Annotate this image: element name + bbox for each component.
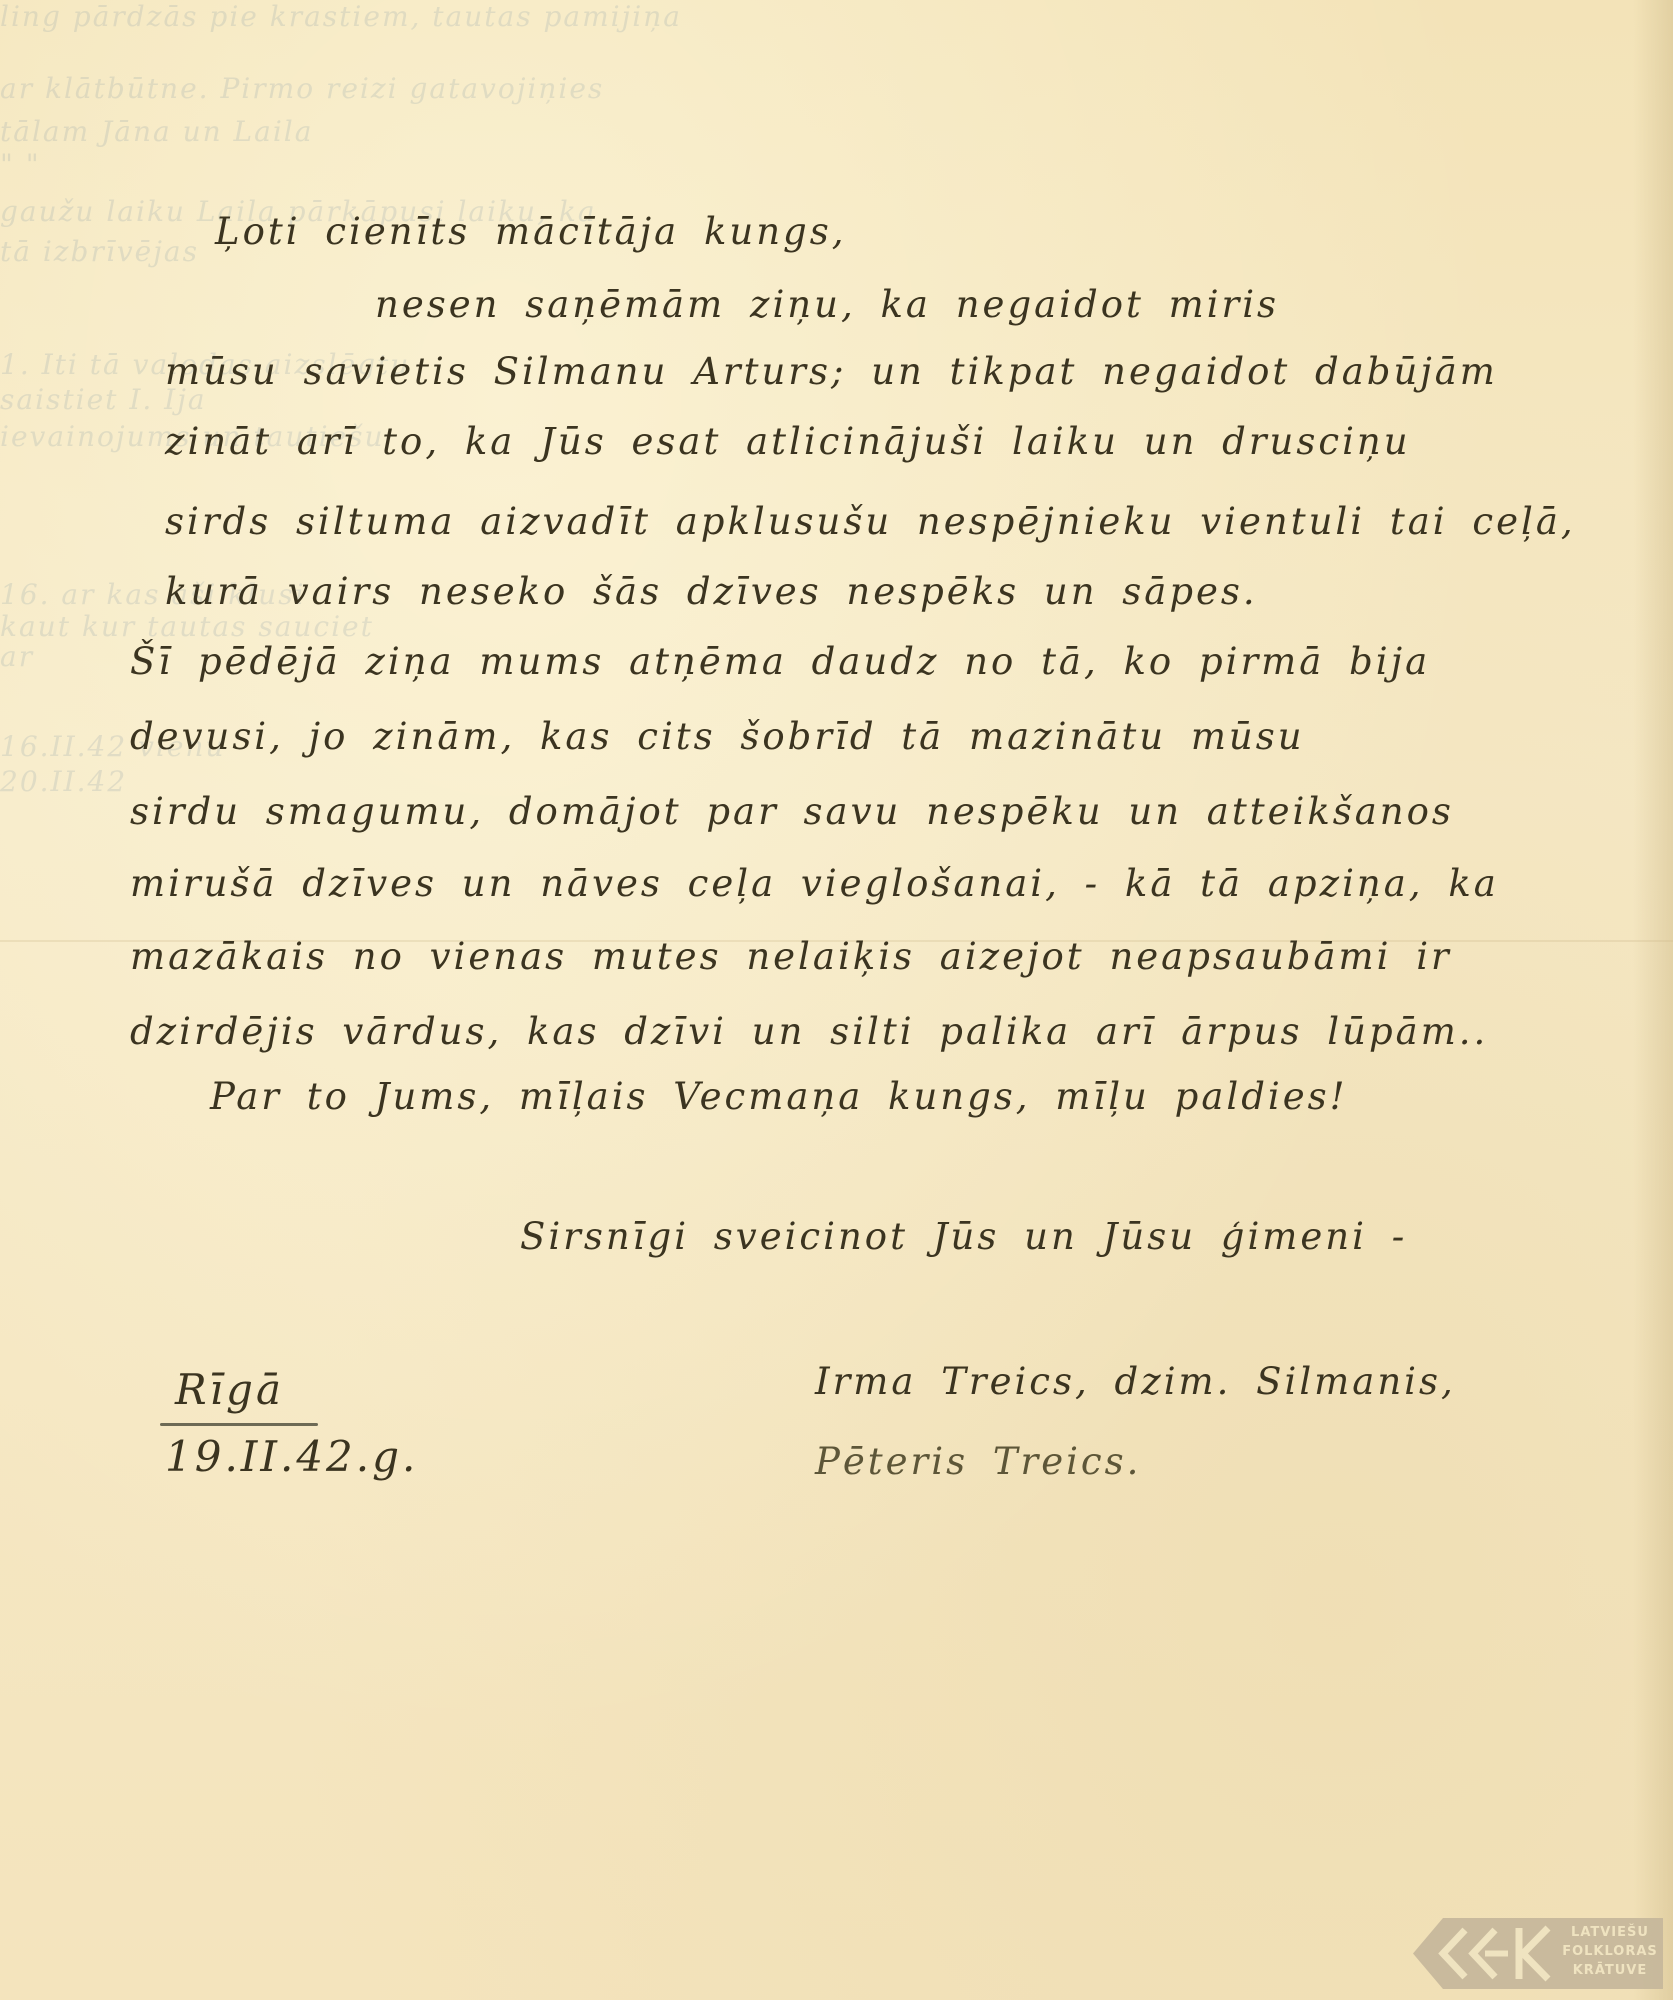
date: 19.II.42.g.	[165, 1432, 418, 1481]
body-line: nesen saņēmām ziņu, ka negaidot miris	[375, 283, 1279, 326]
body-line: sirds siltuma aizvadīt apklusušu nespējn…	[165, 500, 1576, 543]
logo-line: LATVIEŠU	[1560, 1923, 1660, 1942]
logo-text: LATVIEŠU FOLKLORAS KRĀTUVE	[1560, 1923, 1660, 1980]
body-line: sirdu smagumu, domājot par savu nespēku …	[130, 790, 1454, 833]
body-line: devusi, jo zinām, kas cits šobrīd tā maz…	[130, 715, 1305, 758]
closing: Sirsnīgi sveicinot Jūs un Jūsu ģimeni -	[520, 1215, 1407, 1258]
logo-line: KRĀTUVE	[1560, 1961, 1660, 1980]
logo-line: FOLKLORAS	[1560, 1942, 1660, 1961]
salutation: Ļoti cienīts mācītāja kungs,	[215, 210, 846, 253]
body-line: mūsu savietis Silmanu Arturs; un tikpat …	[165, 350, 1498, 393]
letter: Ļoti cienīts mācītāja kungs, nesen saņēm…	[0, 0, 1673, 1900]
body-line: Šī pēdējā ziņa mums atņēma daudz no tā, …	[130, 640, 1430, 683]
body-line: zināt arī to, ka Jūs esat atlicinājuši l…	[165, 420, 1411, 463]
place: Rīgā	[175, 1365, 284, 1414]
signature-irma: Irma Treics, dzim. Silmanis,	[815, 1360, 1456, 1403]
archive-logo: LATVIEŠU FOLKLORAS KRĀTUVE	[1413, 1918, 1663, 1989]
place-underline	[160, 1423, 318, 1426]
body-line: kurā vairs neseko šās dzīves nespēks un …	[165, 570, 1258, 613]
body-line: Par to Jums, mīļais Vecmaņa kungs, mīļu …	[210, 1075, 1348, 1118]
signature-peteris: Pēteris Treics.	[815, 1440, 1141, 1483]
body-line: mazākais no vienas mutes nelaiķis aizejo…	[130, 935, 1452, 978]
body-line: dzirdējis vārdus, kas dzīvi un silti pal…	[130, 1010, 1488, 1053]
body-line: mirušā dzīves un nāves ceļa vieglošanai,…	[130, 862, 1499, 905]
